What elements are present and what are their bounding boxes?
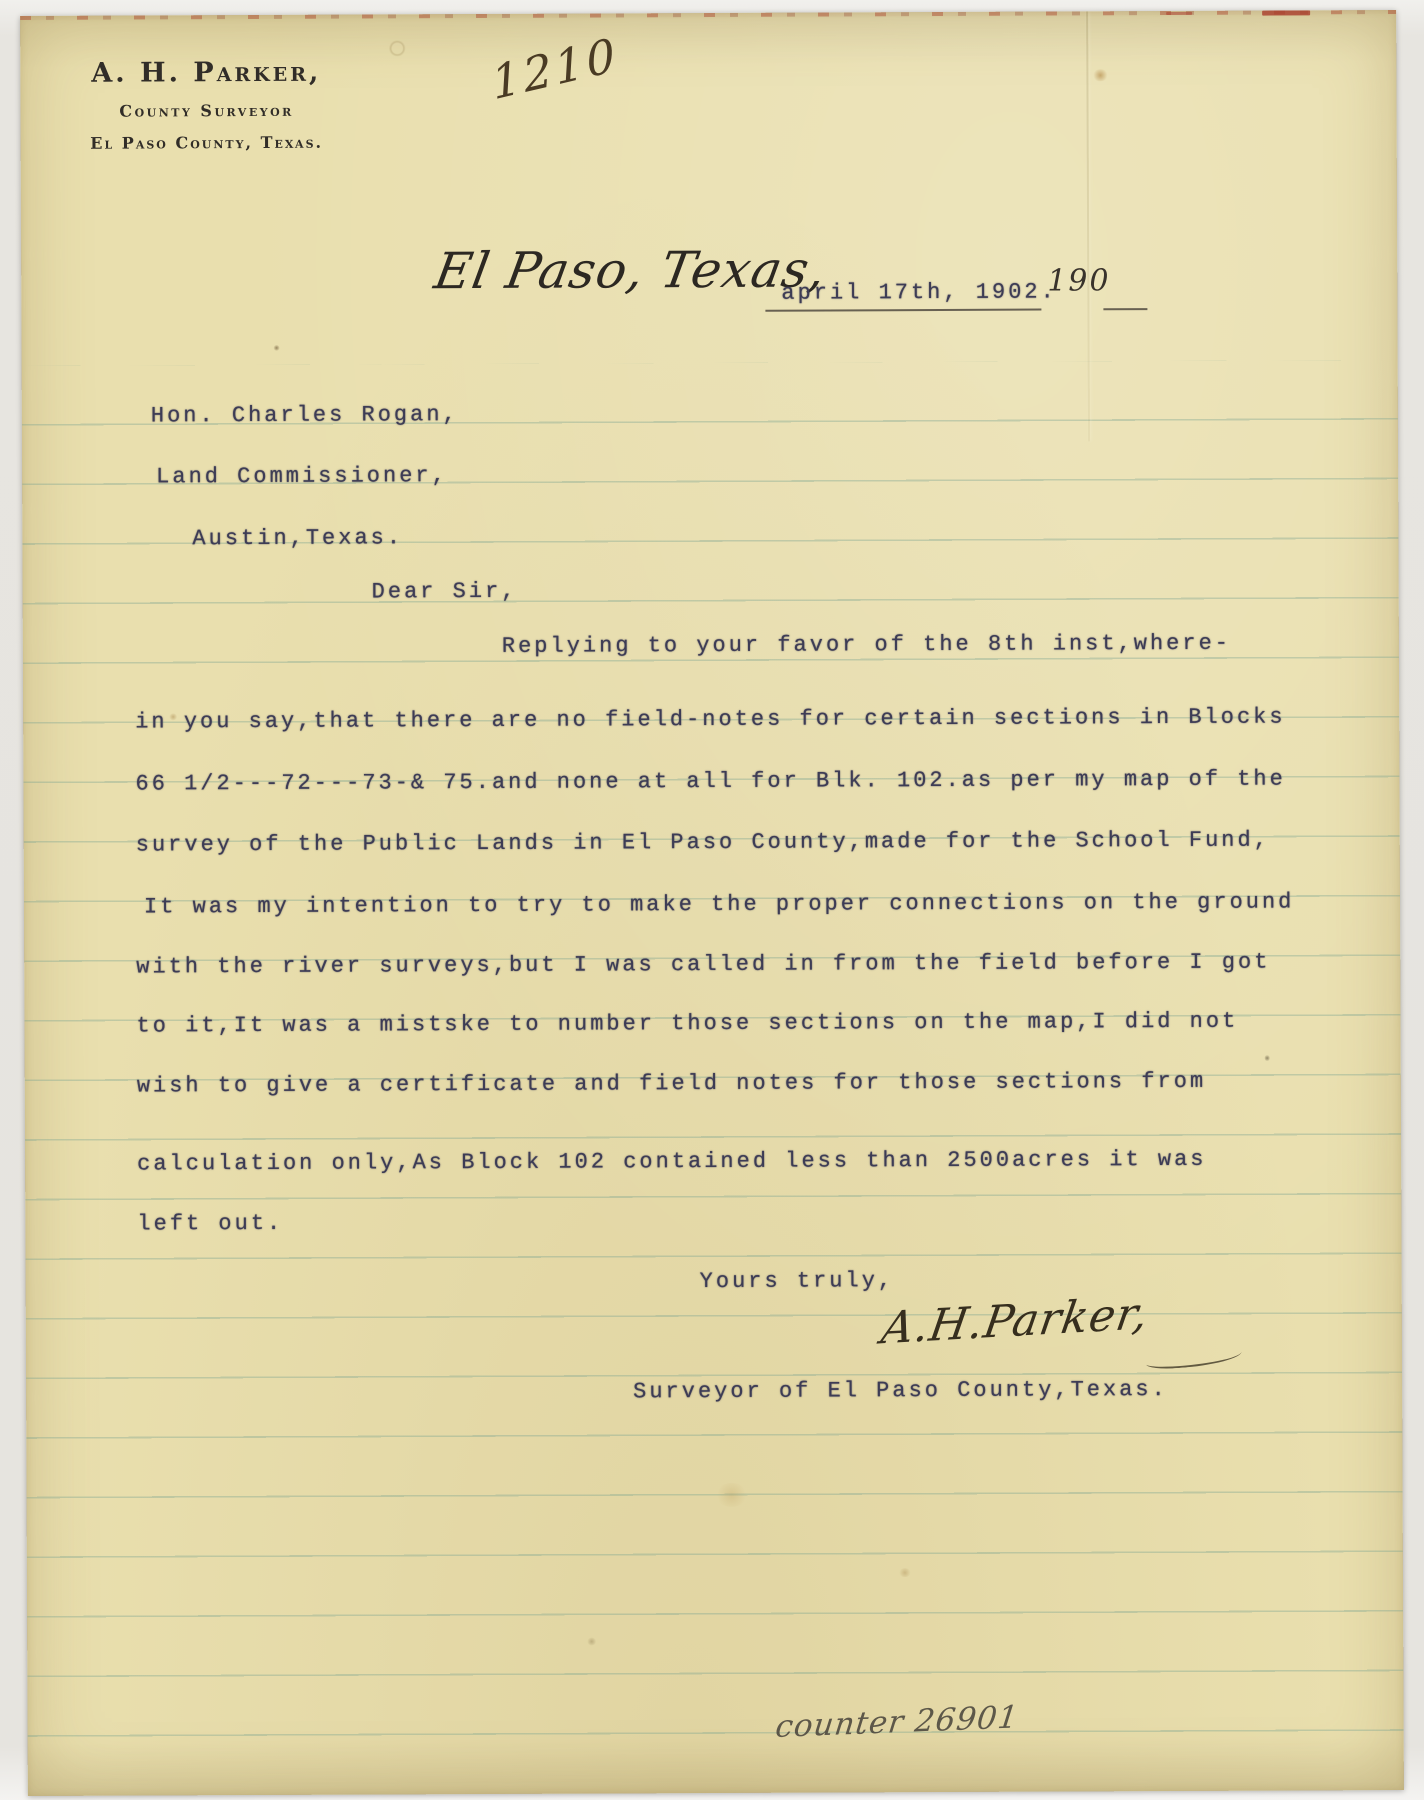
- stain: [274, 345, 280, 351]
- handwritten-folio-number: 1210: [489, 27, 621, 110]
- salutation: Dear Sir,: [372, 579, 518, 605]
- signature-flourish: [1145, 1345, 1242, 1370]
- stain: [386, 40, 408, 56]
- recipient-city: Austin,Texas.: [192, 525, 403, 551]
- letterhead: A. H. Parker, County Surveyor El Paso Co…: [56, 57, 356, 153]
- body-line: 66 1/2---72---73-& 75.and none at all fo…: [135, 766, 1285, 796]
- dateline-rule: [1103, 308, 1147, 310]
- stain: [587, 1638, 596, 1646]
- stain: [899, 1568, 911, 1577]
- body-line: to it,It was a mistske to number those s…: [136, 1009, 1238, 1039]
- letterhead-title: County Surveyor: [56, 101, 356, 121]
- body-line: wish to give a certificate and field not…: [137, 1069, 1206, 1099]
- dateline-place: El Paso, Texas,: [430, 240, 831, 300]
- archive-note: counter 26901: [774, 1699, 1021, 1745]
- scanner-background: { "scan": { "top_number": "1210", "botto…: [0, 0, 1424, 1800]
- document-paper: A. H. Parker, County Surveyor El Paso Co…: [20, 10, 1404, 1796]
- body-line: Replying to your favor of the 8th inst,w…: [502, 631, 1231, 659]
- body-line: It was my intention to try to make the p…: [144, 889, 1294, 919]
- body-line: with the river surveys,but I was called …: [136, 950, 1270, 980]
- letterhead-name: A. H. Parker,: [56, 57, 356, 89]
- stain: [715, 1483, 749, 1507]
- body-line: survey of the Public Lands in El Paso Co…: [136, 828, 1270, 858]
- letterhead-org: El Paso County, Texas.: [57, 133, 357, 153]
- body-line: calculation only,As Block 102 contained …: [137, 1147, 1206, 1177]
- body-line: in you say,that there are no field-notes…: [135, 704, 1285, 734]
- red-edge-mark: [1262, 10, 1310, 15]
- recipient-title: Land Commissioner,: [156, 463, 448, 489]
- stain: [1265, 1055, 1270, 1062]
- stain: [1092, 69, 1108, 81]
- handwritten-signature: A.H.Parker,: [878, 1288, 1152, 1355]
- valediction: Yours truly,: [700, 1268, 895, 1294]
- printed-year-stub: 190: [1047, 263, 1110, 298]
- dateline-rule: [765, 309, 1041, 312]
- typed-date: april 17th, 1902.: [781, 279, 1057, 305]
- signer-title: Surveyor of El Paso County,Texas.: [633, 1377, 1168, 1404]
- recipient-name: Hon. Charles Rogan,: [151, 402, 459, 428]
- red-edge-mark: [1166, 12, 1192, 15]
- body-line: left out.: [137, 1211, 283, 1237]
- paper-crease: [1086, 11, 1090, 441]
